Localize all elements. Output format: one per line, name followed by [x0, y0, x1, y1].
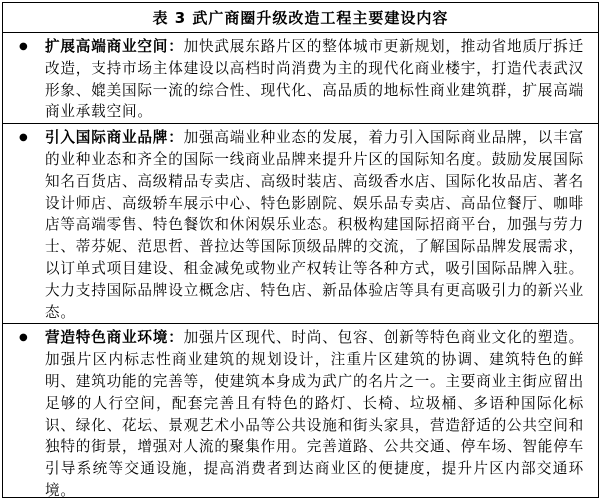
section-body: 加强片区现代、时尚、包容、创新等特色商业文化的塑造。加强片区内标志性商业建筑的规… [45, 329, 584, 499]
section-text: 营造特色商业环境：加强片区现代、时尚、包容、创新等特色商业文化的塑造。加强片区内… [45, 327, 584, 500]
section-header: 营造特色商业环境： [45, 329, 184, 346]
section-text: 引入国际商业品牌：加强高端业种业态的发展，着力引入国际商业品牌，以丰富的业种业态… [45, 127, 584, 323]
section-row-international-brands: ● 引入国际商业品牌：加强高端业种业态的发展，着力引入国际商业品牌，以丰富的业种… [3, 124, 598, 324]
section-header: 扩展高端商业空间： [45, 38, 184, 55]
bullet-icon: ● [19, 327, 45, 349]
section-header: 引入国际商业品牌： [45, 129, 184, 146]
section-body: 加强高端业种业态的发展，着力引入国际商业品牌，以丰富的业种业态和齐全的国际一线商… [45, 129, 584, 320]
section-row-business-environment: ● 营造特色商业环境：加强片区现代、时尚、包容、创新等特色商业文化的塑造。加强片… [3, 324, 598, 500]
bullet-icon: ● [19, 36, 45, 58]
table-title: 表 3 武广商圈升级改造工程主要建设内容 [3, 3, 598, 33]
bullet-icon: ● [19, 127, 45, 149]
section-text: 扩展高端商业空间：加快武展东路片区的整体城市更新规划，推动省地质厅拆迁改造，支持… [45, 36, 584, 123]
section-row-expand-commercial-space: ● 扩展高端商业空间：加快武展东路片区的整体城市更新规划，推动省地质厅拆迁改造，… [3, 33, 598, 124]
document-table: 表 3 武广商圈升级改造工程主要建设内容 ● 扩展高端商业空间：加快武展东路片区… [2, 2, 599, 498]
